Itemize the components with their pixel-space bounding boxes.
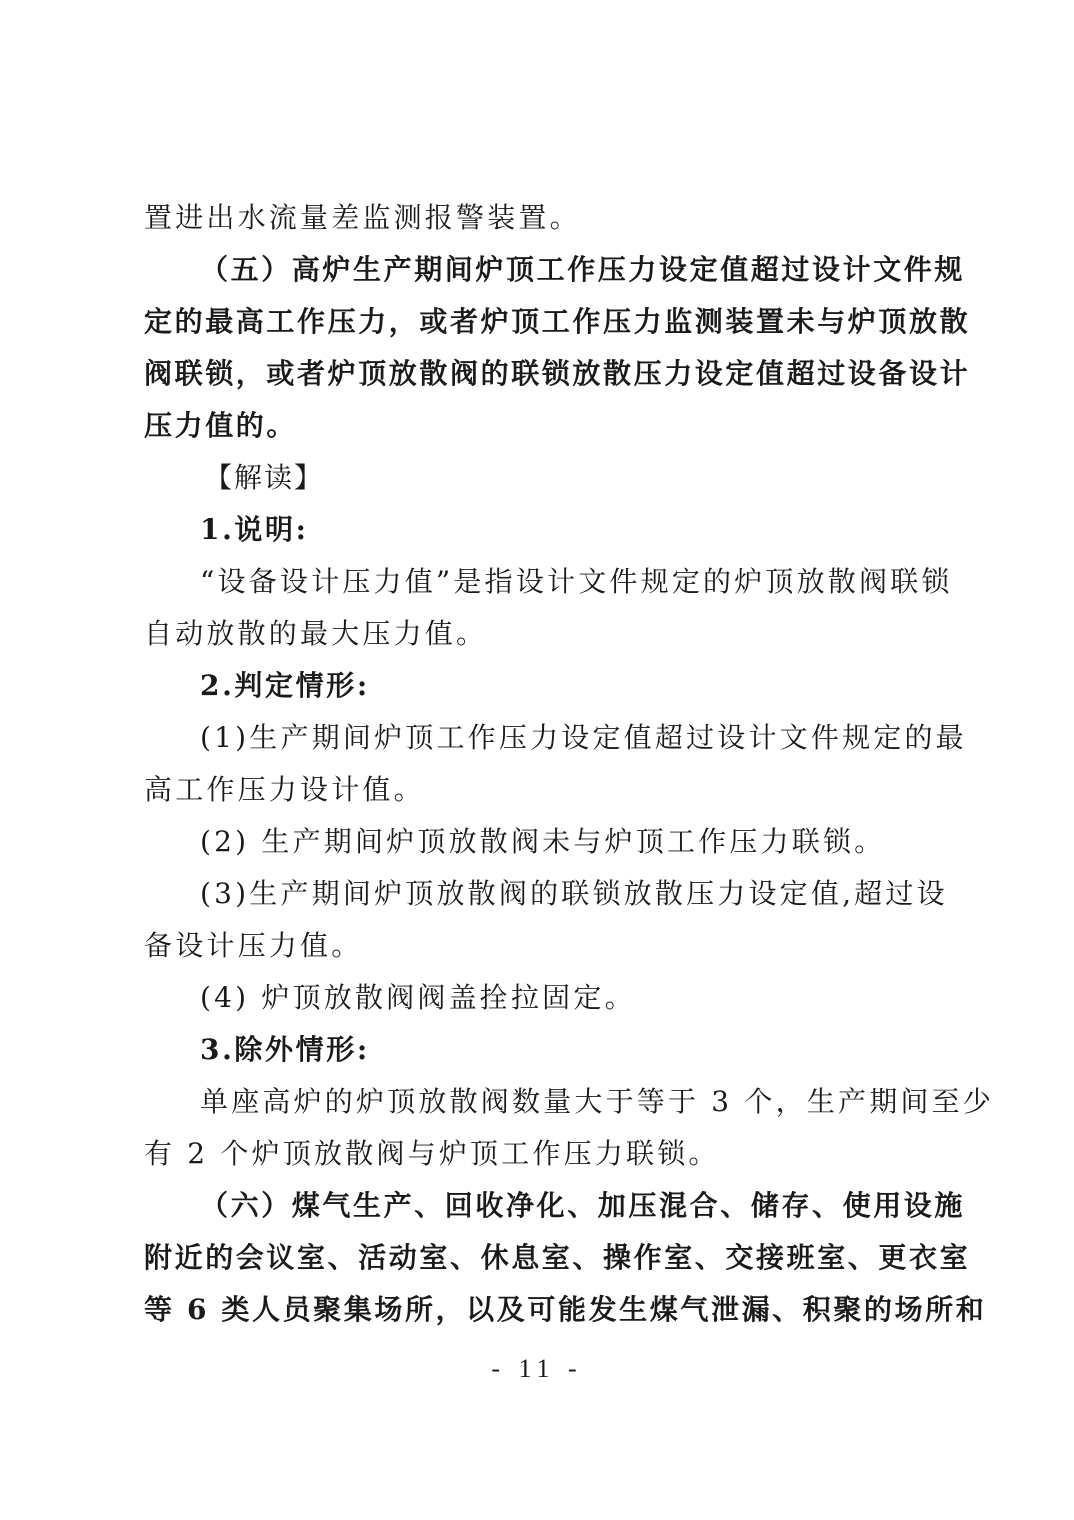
clause-six-heading-line-1: （六）煤气生产、回收净化、加压混合、储存、使用设施 <box>200 1186 924 1226</box>
judgment-item-3-line-1: (3)生产期间炉顶放散阀的联锁放散压力设定值,超过设 <box>200 874 924 914</box>
section-explanation-heading: 1.说明: <box>200 510 924 550</box>
judgment-item-3-line-2: 备设计压力值。 <box>144 926 924 966</box>
section-judgment-heading: 2.判定情形: <box>200 666 924 706</box>
page-number: - 11 - <box>0 1354 1074 1384</box>
clause-six-heading-line-2: 附近的会议室、活动室、休息室、操作室、交接班室、更衣室 <box>144 1238 924 1278</box>
section-exclusion-heading: 3.除外情形: <box>200 1030 924 1070</box>
judgment-item-4: (4) 炉顶放散阀阀盖拴拉固定。 <box>200 978 924 1018</box>
document-page: 置进出水流量差监测报警装置。 （五）高炉生产期间炉顶工作压力设定值超过设计文件规… <box>0 0 1074 1520</box>
clause-five-heading-line-2: 定的最高工作压力，或者炉顶工作压力监测装置未与炉顶放散 <box>144 302 924 342</box>
exclusion-text-line-1: 单座高炉的炉顶放散阀数量大于等于 3 个，生产期间至少 <box>200 1082 924 1122</box>
paragraph-continuation: 置进出水流量差监测报警装置。 <box>144 198 924 238</box>
clause-five-heading-line-1: （五）高炉生产期间炉顶工作压力设定值超过设计文件规 <box>200 250 924 290</box>
judgment-item-1-line-1: (1)生产期间炉顶工作压力设定值超过设计文件规定的最 <box>200 718 924 758</box>
explanation-text-line-2: 自动放散的最大压力值。 <box>144 614 924 654</box>
clause-five-heading-line-3: 阀联锁，或者炉顶放散阀的联锁放散压力设定值超过设备设计 <box>144 354 924 394</box>
clause-six-heading-line-3: 等 6 类人员聚集场所，以及可能发生煤气泄漏、积聚的场所和 <box>144 1290 924 1330</box>
exclusion-text-line-2: 有 2 个炉顶放散阀与炉顶工作压力联锁。 <box>144 1134 924 1174</box>
explanation-text-line-1: “设备设计压力值”是指设计文件规定的炉顶放散阀联锁 <box>200 562 924 602</box>
clause-five-heading-line-4: 压力值的。 <box>144 406 924 446</box>
judgment-item-2: (2) 生产期间炉顶放散阀未与炉顶工作压力联锁。 <box>200 822 924 862</box>
judgment-item-1-line-2: 高工作压力设计值。 <box>144 770 924 810</box>
interpretation-heading: 【解读】 <box>204 458 984 498</box>
